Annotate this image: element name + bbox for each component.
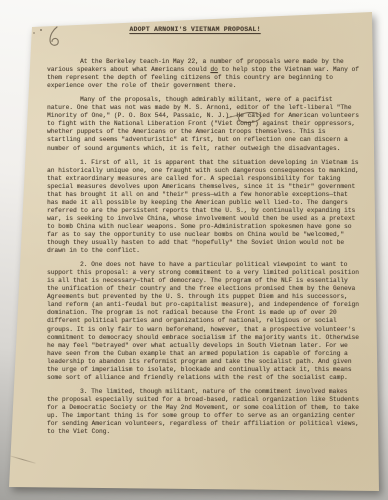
paper-shadow: ADOPT ARNONI'S VIETNAM PROPOSAL! At the … [0,0,388,500]
scratch-mark [9,455,35,463]
paragraph-point-3: 3. The limited, though militant, nature … [47,388,361,436]
document-page: ADOPT ARNONI'S VIETNAM PROPOSAL! At the … [0,0,388,500]
document-body: ADOPT ARNONI'S VIETNAM PROPOSAL! At the … [47,26,361,442]
document-title: ADOPT ARNONI'S VIETNAM PROPOSAL! [47,26,361,34]
paragraph-proposal: Many of the proposals, though admirably … [47,96,361,152]
paragraph-intro: At the Berkeley teach-in May 22, a numbe… [47,58,361,90]
pencil-dot [33,32,35,34]
paragraph-point-2: 2. One does not have to have a particula… [47,261,361,382]
paragraph-point-1: 1. First of all, it is apparent that the… [47,159,361,256]
photo-backdrop: ADOPT ARNONI'S VIETNAM PROPOSAL! At the … [0,0,388,500]
pencil-dot [40,29,42,31]
